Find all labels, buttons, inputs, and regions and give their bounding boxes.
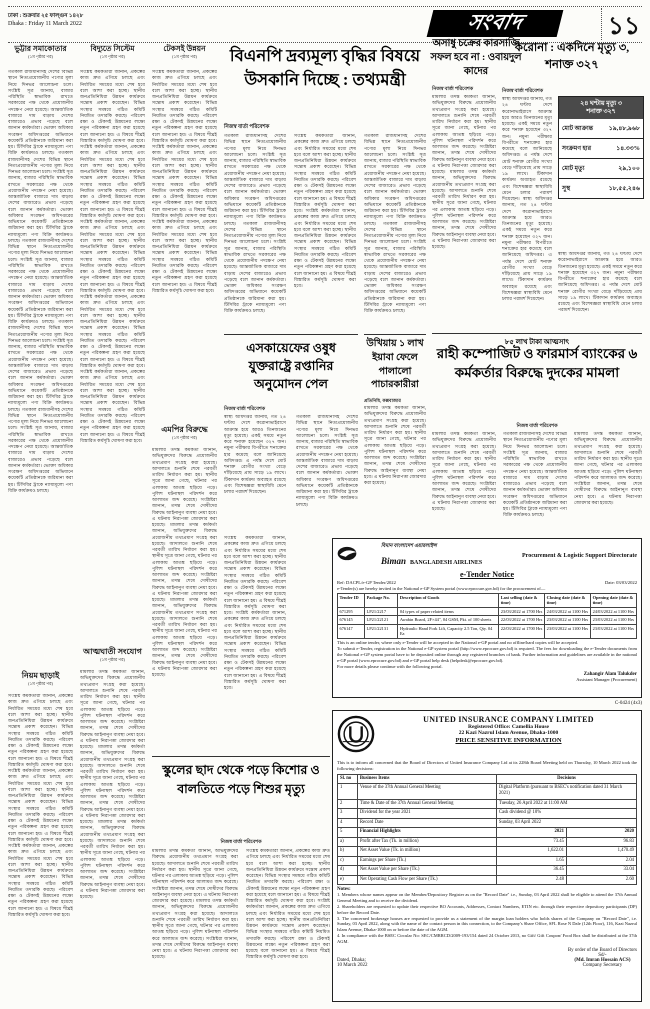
insurance-col-sl: Sl. no [338,774,358,783]
masthead-title: সংবাদ [463,6,526,41]
dateline: ঢাকা : শুক্রবার ২৫ ফাল্গুন ১৪২৮ Dhaka : … [8,13,83,27]
insurance-decision: Tuesday, 26 April 2022 at 11:00 AM [496,799,636,808]
insurance-sl: 4 [338,818,358,827]
story-bnp-headline: বিএনপি দ্রব্যমূল্য বৃদ্ধির বিষয়ে উসকানি… [224,44,426,92]
story-quader-byline: নিজস্ব বার্তা পরিবেশক [432,86,473,94]
insurance-col-items: Business Items [357,774,496,783]
tender-cell: LP21/22121 [365,616,398,625]
insurance-val-2021: 1.65 [496,856,566,865]
corona-stat-row: সুস্থ ১৮,৫৫,২৪৬ [559,179,643,198]
tender-cell: Awabin Board, 2F×44", 04 GSM, Pkt. of 10… [398,616,499,625]
biman-brand-bn: বিমান বাংলাদেশ এয়ারলাইন্স [381,543,482,551]
dateline-bn: ঢাকা : শুক্রবার ২৫ ফাল্গুন ১৪২৮ [8,13,83,21]
story-bnp-body-col2: সংশ্লিষ্ট কর্মকর্তারা জানান, প্রকল্পের ক… [294,134,356,332]
story-mp-title: এমপির বিরুদ্ধে [152,426,217,435]
insurance-fin-row: c) Earnings per Share (Tk.) 1.65 2.04 [338,856,637,865]
story-school-headline: স্কুলের ছাদ থেকে পড়ে কিশোর ও বালতিতে পড… [152,761,330,799]
story-school-body-col2: সংশ্লিষ্ট কর্মকর্তারা জানান, প্রকল্পের ক… [246,849,330,1002]
story-dudok-byline: নিজস্ব বার্তা পরিবেশক [432,423,642,431]
story-dudok-body-col3: মামলার তদন্ত কর্মকর্তা জানান, অভিযুক্তদে… [574,432,642,530]
insurance-sl: b) [338,847,358,856]
story-sdg-title: টেকসই উন্নয়ন [152,45,217,53]
insurance-decision: Sunday, 03 April 2022 [496,818,636,827]
insurance-item: Net Asset Value (Tk. in million) [357,847,496,856]
tender-cell: LP21/2217 [365,607,398,616]
corona-stats-header: ২৪ ঘণ্টায় মৃত্যু ৩ শনাক্ত ৩২৭ [559,97,643,119]
story-eskayef-body-col1: স্বাস্থ্য অধিদপ্তর জানায়, গত ২৪ ঘণ্টায়… [224,415,286,530]
school-top-rule [152,756,330,757]
insurance-by-order: By order of the Board of Directors [568,948,637,953]
story-sdg-body: সংশ্লিষ্ট কর্মকর্তারা জানান, প্রকল্পের ক… [152,70,217,422]
insurance-fin-row: b) Net Asset Value (Tk. in million) 1,62… [338,847,637,856]
tender-cell: 23/03/2022 at 1100 Hrs [545,624,591,638]
story-corona-byline: নিজস্ব বার্তা পরিবেশক [502,88,543,96]
insurance-notice-title: PRICE SENSITIVE INFORMATION [380,737,637,744]
insurance-sl: 2 [338,799,358,808]
tender-date: Date: 03/03/2022 [605,580,637,585]
insurance-secretary-name: (Md. Imran Hossain ACS) [568,958,637,963]
insurance-val-2021: 73.45 [496,837,566,846]
story-corn-title: ভুট্টার সমাকোতার [8,45,73,53]
biman-brand-en1: Biman [381,556,406,566]
insurance-intro: This is to inform all concerned that the… [337,760,637,772]
insurance-sl: 1 [338,784,358,800]
insurance-header: UNITED INSURANCE COMPANY LIMITED Registe… [337,715,637,758]
insurance-item: Time & Date of the 37th Annual General M… [357,799,496,808]
stat-label: মোট মৃত্যু [562,163,585,174]
dateline-en: Dhaka : Friday 11 March 2022 [8,21,83,27]
story-norule-body: সংশ্লিষ্ট কর্মকর্তারা জানান, প্রকল্পের ক… [8,694,73,1002]
dudok-top-rule [432,333,642,334]
insurance-col-decisions: Decisions [496,774,636,783]
insurance-val-2021: 2.48 [496,875,566,884]
tender-invite-line: e-Tender(s) are hereby invited in the Na… [337,586,637,592]
insurance-note-2: 2. Shareholders are requested to update … [337,904,637,916]
insurance-fin-row: d) Net Asset Value per Share (Tk.) 36.45… [338,866,637,875]
insurance-sl: c) [338,856,358,865]
united-insurance-logo-icon [337,715,375,758]
insurance-val-2021: 1,622.01 [496,847,566,856]
tender-cell: 22/03/2022 at 1700 Hrs [499,616,545,625]
biman-brand-row: বিমান বাংলাদেশ এয়ারলাইন্স Biman BANGLAD… [337,543,637,569]
story-corn-body: গতকাল রাজধানীসহ দেশের বিভিন্ন স্থানে নিত… [8,70,73,668]
tender-para3: For more details please continue with th… [337,664,637,670]
biman-brand-text: বিমান বাংলাদেশ এয়ারলাইন্স Biman BANGLAD… [381,543,482,569]
stat-value: ২৯,১০০ [618,163,640,174]
story-yaba-body: মামলার তদন্ত কর্মকর্তা জানান, অভিযুক্তদে… [364,406,426,530]
insurance-footer: Dated, Dhaka; 10 March 2022 By order of … [337,948,637,968]
insurance-item: Earnings per Share (Tk.) [357,856,496,865]
insurance-note-1: 1. Members whose names appear on the Mem… [337,892,637,904]
insurance-signature: By order of the Board of Directors Sd/- … [568,948,637,968]
corona-stat-row: মোট মৃত্যু ২৯,১০০ [559,159,643,179]
insurance-item: Financial Highlights [357,828,496,837]
story-eskayef-headline: এসকায়েফের ওষুধ যুক্তরাষ্ট্রে রপ্তানির অ… [224,339,358,393]
tender-para2: To submit e-Tender, registration in the … [337,646,637,664]
insurance-note-3: 3. The concerned brokerage houses are re… [337,916,637,934]
tender-cell: 24/03/2022 at 1100 Hrs [545,607,591,616]
tender-ad-code: C-0424 (4x3) [520,701,642,706]
insurance-year2: 2020 [566,828,636,837]
tender-col-header: Last selling (date & time) [499,593,545,607]
insurance-val-2020: 33.04 [566,866,636,875]
insurance-row: 4 Record Date Sunday, 03 April 2022 [338,818,637,827]
tender-table-row: 676147 LP21/22131 Hydraulic Hand Fork Li… [338,624,637,638]
insurance-sl: e) [338,875,358,884]
story-yaba-byline: প্রতিনিধি, কক্সবাজার [364,397,401,405]
story-eskayef-body-col2: গতকাল রাজধানীসহ দেশের বিভিন্ন স্থানে নিত… [296,415,358,530]
stat-value: ১৯,৪৮,৯৬৮ [609,123,640,134]
corona-stats-header-line1: ২৪ ঘণ্টায় মৃত্যু ৩ [560,100,642,108]
tender-directorate: Procurement & Logistic Support Directora… [522,553,637,559]
insurance-table-header-row: Sl. no Business Items Decisions [338,774,637,783]
tender-cell: Hydraulic Hand Fork Lift, Capacity 2.5 T… [398,624,499,638]
tender-cell: 23/03/2022 at 1100 Hrs [591,624,637,638]
insurance-sl: 5 [338,828,358,837]
story-suicide-continued: (১ম পৃষ্ঠার পর) [80,658,145,663]
insurance-item: Profit after Tax (Tk. in million) [357,837,496,846]
masthead: সংবাদ [427,10,564,37]
tender-table: Tender ID Package No. Description of Goo… [337,593,637,639]
biman-brand-en2: BANGLADESH AIRLINES [410,560,482,566]
tender-cell: 22/03/2022 at 1700 Hrs [499,624,545,638]
tender-table-header-row: Tender ID Package No. Description of Goo… [338,593,637,607]
insurance-sl: a) [338,837,358,846]
insurance-table: Sl. no Business Items Decisions 1 Venue … [337,774,637,885]
story-corona-headline: করোনা : একদিনে মৃত্যু ৩, শনাক্ত ৩২৭ [502,40,642,75]
top-rule [8,6,642,7]
tender-table-row: 676145 LP21/22121 Awabin Board, 2F×44", … [338,616,637,625]
biman-logo-icon [337,546,377,566]
insurance-address: 22 Kazi Nazrul Islam Avenue, Dhaka-1000 [380,730,637,736]
tender-signature: Zahangir Alam Talukder Assistant Manager… [337,672,637,682]
insurance-dated-line2: 10 March 2022 [337,963,368,968]
story-bnp-body-col1: গতকাল রাজধানীসহ দেশের বিভিন্ন স্থানে নিত… [224,134,286,332]
tender-cell: 676147 [338,624,365,638]
tender-cell: 671295 [338,607,365,616]
header-divider [601,8,602,40]
newspaper-page: ঢাকা : শুক্রবার ২৫ ফাল্গুন ১৪২৮ Dhaka : … [0,0,650,1009]
insurance-row: 2 Time & Date of the 37th Annual General… [338,799,637,808]
insurance-item: Net Asset Value per Share (Tk.) [357,866,496,875]
tender-ref: Ref: DACPL/e-GP Tender/2022 [337,580,396,585]
insurance-year1: 2021 [496,828,566,837]
tender-cell: 24/03/2022 at 1100 Hrs [591,607,637,616]
story-corn-continued: (১ম পৃষ্ঠার পর) [8,55,73,60]
corona-stat-row: সংক্রমণ হার ১৪.৩৩% [559,139,643,159]
tender-sign-title: Assistant Manager (Procurement) [337,677,637,682]
tender-col-header: Closing date (date & time) [545,593,591,607]
insurance-fin-row: e) Net Operating Cash Flow per Share (Tk… [338,875,637,884]
eskayef-top-rule [224,334,358,335]
insurance-row: 3 Dividend for the year 2021 Cash divide… [338,809,637,818]
insurance-val-2020: 2.04 [566,856,636,865]
insurance-note-4: 4. In compliance with the BSEC Circular … [337,933,637,945]
tender-cell: 676145 [338,616,365,625]
stat-label: সুস্থ [562,183,570,194]
insurance-item: Record Date [357,818,496,827]
stat-label: সংক্রমণ হার [562,143,591,154]
corona-stat-row: মোট আক্রান্ত ১৯,৪৮,৯৬৮ [559,119,643,139]
stat-label: মোট আক্রান্ত [562,123,593,134]
story-eskayef-body-cont: সংশ্লিষ্ট কর্মকর্তারা জানান, প্রকল্পের ক… [224,536,286,752]
insurance-secretary-title: Company Secretary [568,963,637,968]
story-quader-body: মামলার তদন্ত কর্মকর্তা জানান, অভিযুক্তদে… [432,95,496,332]
insurance-decision: Cash dividend @ 10% [496,809,636,818]
biman-brand-en: Biman BANGLADESH AIRLINES [381,551,482,569]
corona-stats-header-line2: শনাক্ত ৩২৭ [560,108,642,116]
insurance-dated-line1: Dated, Dhaka; [337,958,368,963]
tender-col-header: Tender ID [338,593,365,607]
biman-tender-notice: বিমান বাংলাদেশ এয়ারলাইন্স Biman BANGLAD… [332,538,642,698]
tender-cell: 23/03/2022 at 1100 Hrs [545,616,591,625]
story-school-byline: নিজস্ব বার্তা পরিবেশক [152,839,330,847]
insurance-val-2020: 96.83 [566,837,636,846]
yaba-top-rule [364,334,426,335]
story-norule-title: নিয়ম ছাড়াই [8,672,73,681]
story-eskayef-byline: নিজস্ব বার্তা পরিবেশক [224,406,265,414]
stat-value: ১৪.৩৩% [616,143,640,154]
insurance-notice: UNITED INSURANCE COMPANY LIMITED Registe… [332,710,642,1002]
insurance-item: Net Operating Cash Flow per Share (Tk.) [357,875,496,884]
story-sdg-continued: (১ম পৃষ্ঠার পর) [152,55,217,60]
insurance-company-name: UNITED INSURANCE COMPANY LIMITED [380,715,637,724]
insurance-financial-header-row: 5 Financial Highlights 2021 2020 [338,828,637,837]
story-corona-body-below-box: স্বাস্থ্য অধিদপ্তর জানায়, গত ২৪ ঘণ্টায়… [558,252,642,332]
story-mp-body: মামলার তদন্ত কর্মকর্তা জানান, অভিযুক্তদে… [152,448,217,752]
stat-value: ১৮,৫৫,২৪৬ [609,183,640,194]
story-power-body: সংশ্লিষ্ট কর্মকর্তারা জানান, প্রকল্পের ক… [80,70,145,644]
story-yaba-headline: উখিয়ায় ১ লাখ ইয়াবা ফেলে পালালো পাচারক… [364,338,426,393]
insurance-header-text: UNITED INSURANCE COMPANY LIMITED Registe… [380,715,637,758]
tender-cell: 23/03/2022 at 1100 Hrs [591,616,637,625]
story-bnp-body-col3: গতকাল রাজধানীসহ দেশের বিভিন্ন স্থানে নিত… [364,134,426,332]
story-norule-continued: (১ম পৃষ্ঠার পর) [8,682,73,687]
tender-col-header: Description of Goods [398,593,499,607]
story-power-title: বিদ্যুতে সিস্টেম [80,45,145,53]
insurance-sl: 3 [338,809,358,818]
insurance-item: Venue of the 37th Annual General Meeting [357,784,496,800]
insurance-fin-row: a) Profit after Tax (Tk. in million) 73.… [338,837,637,846]
story-bnp-byline: নিজস্ব বার্তা পরিবেশক [224,124,269,132]
story-dudok-body-col1: মামলার তদন্ত কর্মকর্তা জানান, অভিযুক্তদে… [432,432,496,530]
story-dudok-body-col2: গতকাল রাজধানীসহ দেশের বিভিন্ন স্থানে নিত… [503,432,567,530]
tender-cell: LP21/22131 [365,624,398,638]
tender-cell: 23/03/2022 at 1700 Hrs [499,607,545,616]
insurance-item: Dividend for the year 2021 [357,809,496,818]
tender-cell: 04 types of paper related items [398,607,499,616]
insurance-val-2020: 2.60 [566,875,636,884]
story-corona-body-col1: স্বাস্থ্য অধিদপ্তর জানায়, গত ২৪ ঘণ্টায়… [502,97,552,332]
insurance-sl: d) [338,866,358,875]
tender-ref-row: Ref: DACPL/e-GP Tender/2022 Date: 03/03/… [337,580,637,585]
tender-col-header: Opening date (date & time) [591,593,637,607]
story-dudok-headline: রাহী কম্পোজিট ও ফারমার্স ব্যাংকের ৬ কর্ম… [432,345,642,383]
insurance-val-2020: 1,470.49 [566,847,636,856]
story-power-continued: (১ম পৃষ্ঠার পর) [80,55,145,60]
tender-title: e-Tender Notice [337,570,637,579]
insurance-dated: Dated, Dhaka; 10 March 2022 [337,958,368,968]
corona-stats-box: ২৪ ঘণ্টায় মৃত্যু ৩ শনাক্ত ৩২৭ মোট আক্রা… [558,96,644,199]
tender-col-header: Package No. [365,593,398,607]
story-suicide-title: আত্মঘাতী সংযোগ [80,648,145,657]
insurance-val-2021: 36.45 [496,866,566,875]
insurance-decision: Digital Platform (pursuant to BSEC's not… [496,784,636,800]
story-suicide-body: মামলার তদন্ত কর্মকর্তা জানান, অভিযুক্তদে… [80,670,145,1002]
story-school-body-col1: মামলার তদন্ত কর্মকর্তা জানান, অভিযুক্তদে… [152,849,238,1002]
insurance-row: 1 Venue of the 37th Annual General Meeti… [338,784,637,800]
story-mp-continued: (১ম পৃষ্ঠার পর) [152,436,217,441]
tender-table-row: 671295 LP21/2217 04 types of paper relat… [338,607,637,616]
